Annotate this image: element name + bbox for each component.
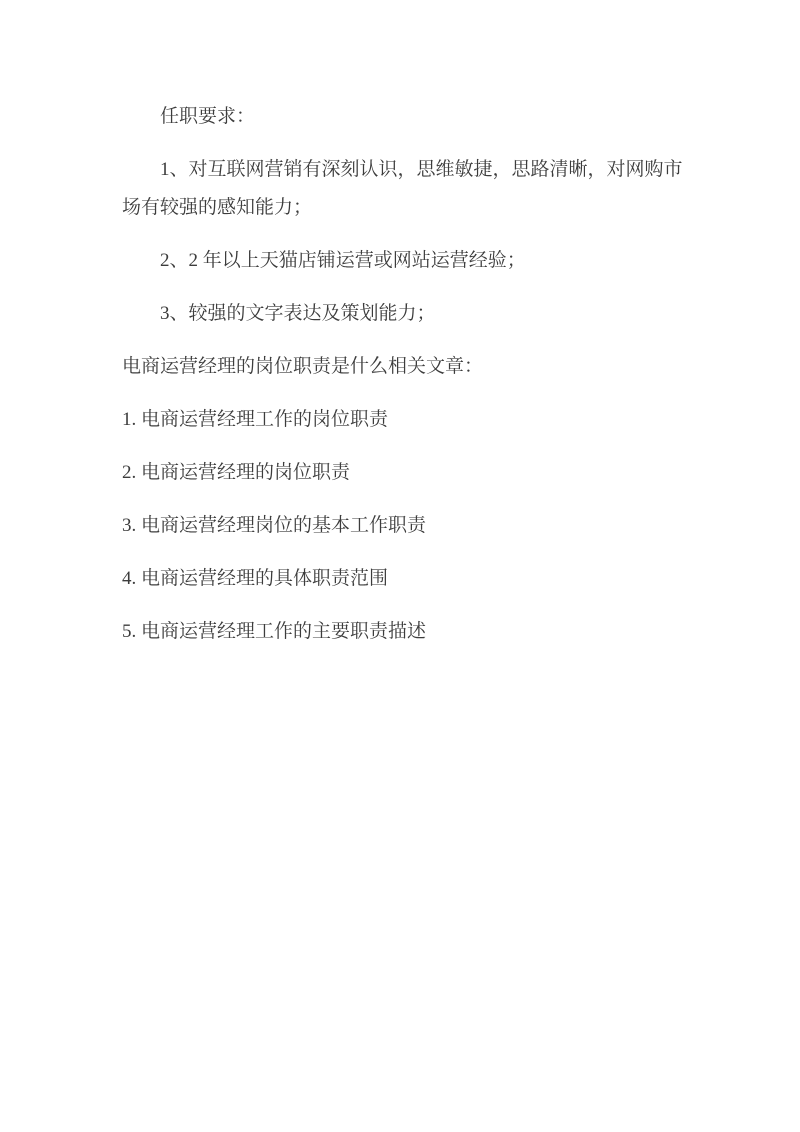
document-page: 任职要求： 1、对互联网营销有深刻认识，思维敏捷，思路清晰，对网购市场有较强的感… [0,0,800,1132]
related-article-5: 5. 电商运营经理工作的主要职责描述 [122,613,692,651]
document-content: 任职要求： 1、对互联网营销有深刻认识，思维敏捷，思路清晰，对网购市场有较强的感… [122,98,692,651]
related-article-3: 3. 电商运营经理岗位的基本工作职责 [122,507,692,545]
related-article-4: 4. 电商运营经理的具体职责范围 [122,560,692,598]
requirement-item-1: 1、对互联网营销有深刻认识，思维敏捷，思路清晰，对网购市场有较强的感知能力； [122,151,692,227]
requirement-item-3: 3、较强的文字表达及策划能力； [122,295,692,333]
requirement-item-2: 2、2 年以上天猫店铺运营或网站运营经验； [122,242,692,280]
related-articles-heading: 电商运营经理的岗位职责是什么相关文章： [122,348,692,386]
related-article-2: 2. 电商运营经理的岗位职责 [122,454,692,492]
related-article-1: 1. 电商运营经理工作的岗位职责 [122,401,692,439]
job-requirements-heading: 任职要求： [122,98,692,136]
